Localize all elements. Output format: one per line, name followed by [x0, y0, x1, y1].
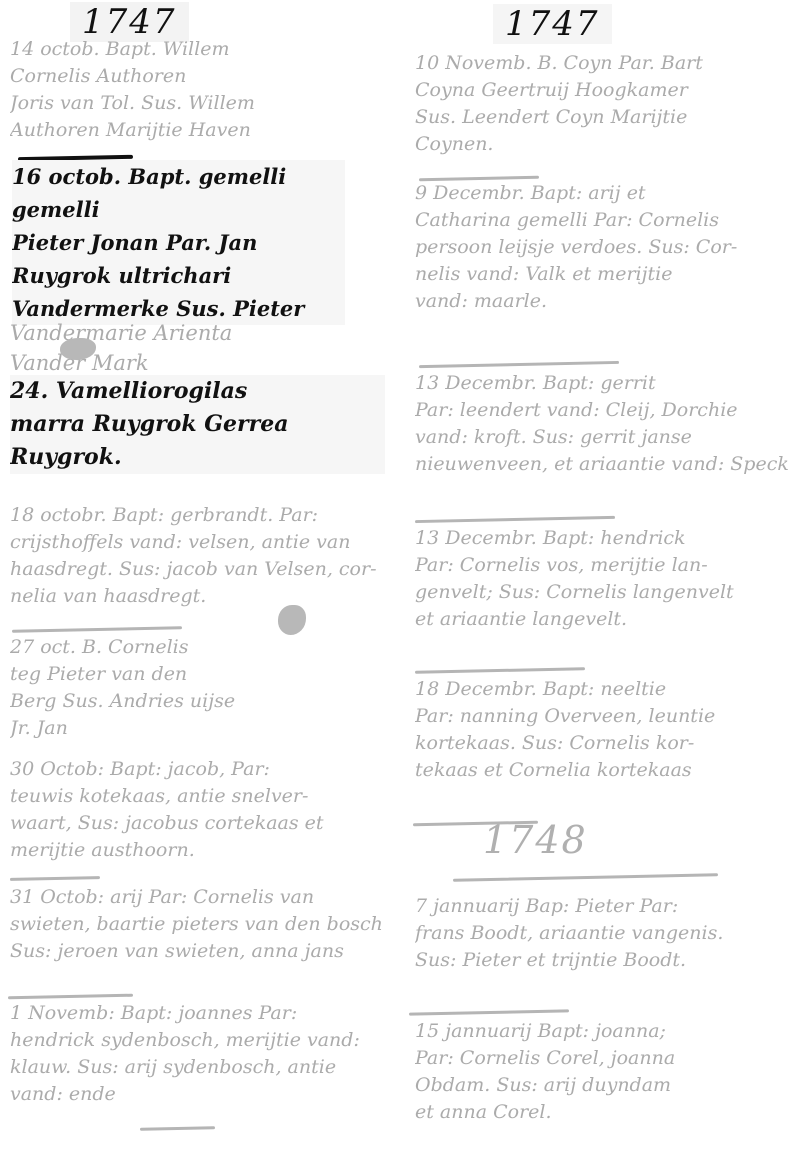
entry-divider [453, 873, 718, 882]
year-heading-1748: 1748 [483, 818, 588, 862]
entry-line: klauw. Sus: arij sydenbosch, antie [10, 1054, 397, 1081]
entry-line: kortekaas. Sus: Cornelis kor- [415, 730, 792, 757]
entry-divider [409, 1009, 569, 1015]
entry-line: hendrick sydenbosch, merijtie vand: [10, 1027, 397, 1054]
entry-line: teuwis kotekaas, antie snelver- [10, 783, 397, 810]
entry-1748-jan-15: 15 jannuarij Bapt: joanna; Par: Cornelis… [415, 1018, 792, 1126]
entry-divider [419, 361, 619, 368]
entry-line: nelia van haasdregt. [10, 583, 397, 610]
entry-line: haasdregt. Sus: jacob van Velsen, cor- [10, 556, 397, 583]
entry-line: 18 octobr. Bapt: gerbrandt. Par: [10, 502, 397, 529]
entry-line: vand: kroft. Sus: gerrit janse [415, 424, 792, 451]
entry-divider [12, 626, 182, 633]
entry-line: Par: nanning Overveen, leuntie [415, 703, 792, 730]
entry-line: Pieter Jonan Par. Jan [12, 226, 345, 259]
entry-line: Coyna Geertruij Hoogkamer [415, 77, 792, 104]
entry-line: Par: Cornelis Corel, joanna [415, 1045, 792, 1072]
entry-line: merijtie austhoorn. [10, 837, 397, 864]
entry-line: 27 oct. B. Cornelis [10, 634, 397, 661]
entry-1747-dec-13-gerrit: 13 Decembr. Bapt: gerrit Par: leendert v… [415, 370, 792, 478]
entry-line: vand: ende [10, 1081, 397, 1108]
entry-line: Berg Sus. Andries uijse [10, 688, 397, 715]
entry-line: 14 octob. Bapt. Willem [10, 36, 397, 63]
entry-1747-oct-14: 14 octob. Bapt. Willem Cornelis Authoren… [10, 36, 397, 144]
entry-divider [415, 667, 585, 674]
entry-line: 13 Decembr. Bapt: gerrit [415, 370, 792, 397]
entry-line: Obdam. Sus: arij duyndam [415, 1072, 792, 1099]
entry-1747-oct-30: 30 Octob: Bapt: jacob, Par: teuwis kotek… [10, 756, 397, 864]
entry-line: Par: leendert vand: Cleij, Dorchie [415, 397, 792, 424]
entry-line: persoon leijsje verdoes. Sus: Cor- [415, 234, 792, 261]
register-page: 1747 14 octob. Bapt. Willem Cornelis Aut… [0, 0, 800, 1167]
entry-line: 16 octob. Bapt. gemelli [12, 160, 345, 193]
entry-1747-dec-13-hendrick: 13 Decembr. Bapt: hendrick Par: Cornelis… [415, 525, 792, 633]
entry-line: Par: Cornelis vos, merijtie lan- [415, 552, 792, 579]
entry-line: 13 Decembr. Bapt: hendrick [415, 525, 792, 552]
entry-line: Jr. Jan [10, 715, 397, 742]
entry-line: waart, Sus: jacobus cortekaas et [10, 810, 397, 837]
entry-1747-nov-1: 1 Novemb: Bapt: joannes Par: hendrick sy… [10, 1000, 397, 1108]
entry-line: et anna Corel. [415, 1099, 792, 1126]
entry-divider [8, 994, 133, 1000]
year-heading-right: 1747 [493, 4, 612, 44]
entry-1747-nov-10: 10 Novemb. B. Coyn Par. Bart Coyna Geert… [415, 50, 792, 158]
entry-line: vand: maarle. [415, 288, 792, 315]
entry-line: nelis vand: Valk et merijtie [415, 261, 792, 288]
entry-line: Cornelis Authoren [10, 63, 397, 90]
entry-line: Authoren Marijtie Haven [10, 117, 397, 144]
entry-line: 9 Decembr. Bapt: arij et [415, 180, 792, 207]
entry-line: et ariaantie langevelt. [415, 606, 792, 633]
entry-line: Ruygrok ultrichari [12, 259, 345, 292]
entry-line: Ruygrok. [10, 441, 385, 474]
entry-line: 30 Octob: Bapt: jacob, Par: [10, 756, 397, 783]
entry-1747-oct-31: 31 Octob: arij Par: Cornelis van swieten… [10, 884, 397, 965]
entry-divider [415, 516, 615, 523]
entry-1748-jan-7: 7 jannuarij Bap: Pieter Par: frans Boodt… [415, 893, 792, 974]
entry-1747-dec-9: 9 Decembr. Bapt: arij et Catharina gemel… [415, 180, 792, 315]
entry-line: 31 Octob: arij Par: Cornelis van [10, 884, 397, 911]
entry-line: Coynen. [415, 131, 792, 158]
entry-1747-dec-18: 18 Decembr. Bapt: neeltie Par: nanning O… [415, 676, 792, 784]
entry-line: crijsthoffels vand: velsen, antie van [10, 529, 397, 556]
entry-1747-oct-16: 16 octob. Bapt. gemelli gemelli Pieter J… [12, 160, 345, 325]
entry-line: 7 jannuarij Bap: Pieter Par: [415, 893, 792, 920]
entry-line: 10 Novemb. B. Coyn Par. Bart [415, 50, 792, 77]
entry-line: gemelli [12, 193, 345, 226]
entry-divider [140, 1126, 215, 1131]
entry-1747-oct-18: 18 octobr. Bapt: gerbrandt. Par: crijsth… [10, 502, 397, 610]
entry-line: marra Ruygrok Gerrea [10, 408, 385, 441]
entry-line: frans Boodt, ariaantie vangenis. [415, 920, 792, 947]
entry-line: genvelt; Sus: Cornelis langenvelt [415, 579, 792, 606]
entry-line: 18 Decembr. Bapt: neeltie [415, 676, 792, 703]
entry-line: Sus: Pieter et trijntie Boodt. [415, 947, 792, 974]
entry-line: 1 Novemb: Bapt: joannes Par: [10, 1000, 397, 1027]
entry-line: 24. Vamelliorogilas [10, 375, 385, 408]
ink-blot [278, 605, 306, 635]
entry-line: Joris van Tol. Sus. Willem [10, 90, 397, 117]
entry-divider [10, 876, 100, 881]
entry-line: Catharina gemelli Par: Cornelis [415, 207, 792, 234]
entry-1747-oct-27: 27 oct. B. Cornelis teg Pieter van den B… [10, 634, 397, 742]
entry-ruygrok: 24. Vamelliorogilas marra Ruygrok Gerrea… [10, 375, 385, 474]
entry-line: nieuwenveen, et ariaantie vand: Speck [415, 451, 792, 478]
entry-line: 15 jannuarij Bapt: joanna; [415, 1018, 792, 1045]
entry-line: tekaas et Cornelia kortekaas [415, 757, 792, 784]
entry-line: teg Pieter van den [10, 661, 397, 688]
entry-line: swieten, baartie pieters van den bosch [10, 911, 397, 938]
entry-line: Sus. Leendert Coyn Marijtie [415, 104, 792, 131]
entry-line: Sus: jeroen van swieten, anna jans [10, 938, 397, 965]
